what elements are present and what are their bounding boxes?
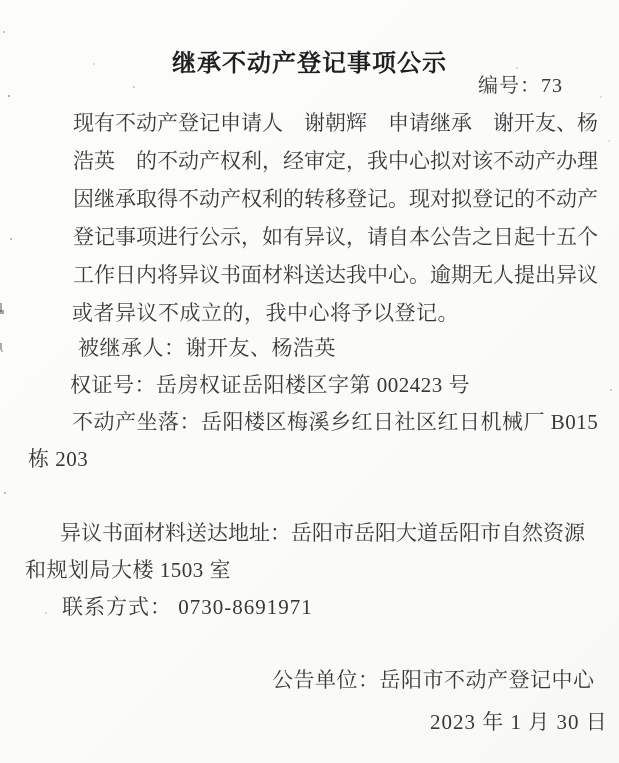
body-paragraph-line-2: 浩英 的不动产权利，经审定，我中心拟对该不动产办理 (73, 147, 598, 175)
certificate-number-field: 权证号：岳房权证岳阳楼区字第 002423 号 (70, 371, 470, 399)
notice-date: 2023 年 1 月 30 日 (430, 708, 608, 736)
scan-speckles (0, 0, 2, 2)
body-paragraph-line-4: 登记事项进行公示，如有异议，请自本公告之日起十五个 (73, 223, 598, 251)
body-paragraph-line-6: 或者异议不成立的，我中心将予以登记。 (72, 299, 459, 327)
scan-edge-artifact (0, 303, 2, 312)
scan-edge-artifact (0, 343, 2, 350)
decedent-field: 被继承人：谢开友、杨浩英 (78, 334, 336, 362)
body-paragraph-line-5: 工作日内将异议书面材料送达我中心。逾期无人提出异议 (73, 261, 598, 289)
objection-address-field-line-2: 和规划局大楼 1503 室 (25, 556, 231, 584)
doc-number: 编号：73 (478, 72, 563, 100)
property-location-field-line-1: 不动产坐落：岳阳楼区梅溪乡红日社区红日机械厂 B015 (72, 408, 598, 436)
body-paragraph-line-3: 因继承取得不动产权利的转移登记。现对拟登记的不动产 (73, 185, 598, 213)
issuing-authority: 公告单位：岳阳市不动产登记中心 (272, 666, 595, 694)
property-location-field-line-2: 栋 203 (28, 445, 88, 473)
objection-address-field-line-1: 异议书面材料送达地址：岳阳市岳阳大道岳阳市自然资源 (60, 519, 585, 547)
body-paragraph-line-1: 现有不动产登记申请人 谢朝辉 申请继承 谢开友、杨 (73, 109, 598, 137)
scanned-notice-page: 继承不动产登记事项公示 编号：73 现有不动产登记申请人 谢朝辉 申请继承 谢开… (0, 0, 619, 763)
contact-field: 联系方式： 0730-8691971 (62, 593, 313, 621)
